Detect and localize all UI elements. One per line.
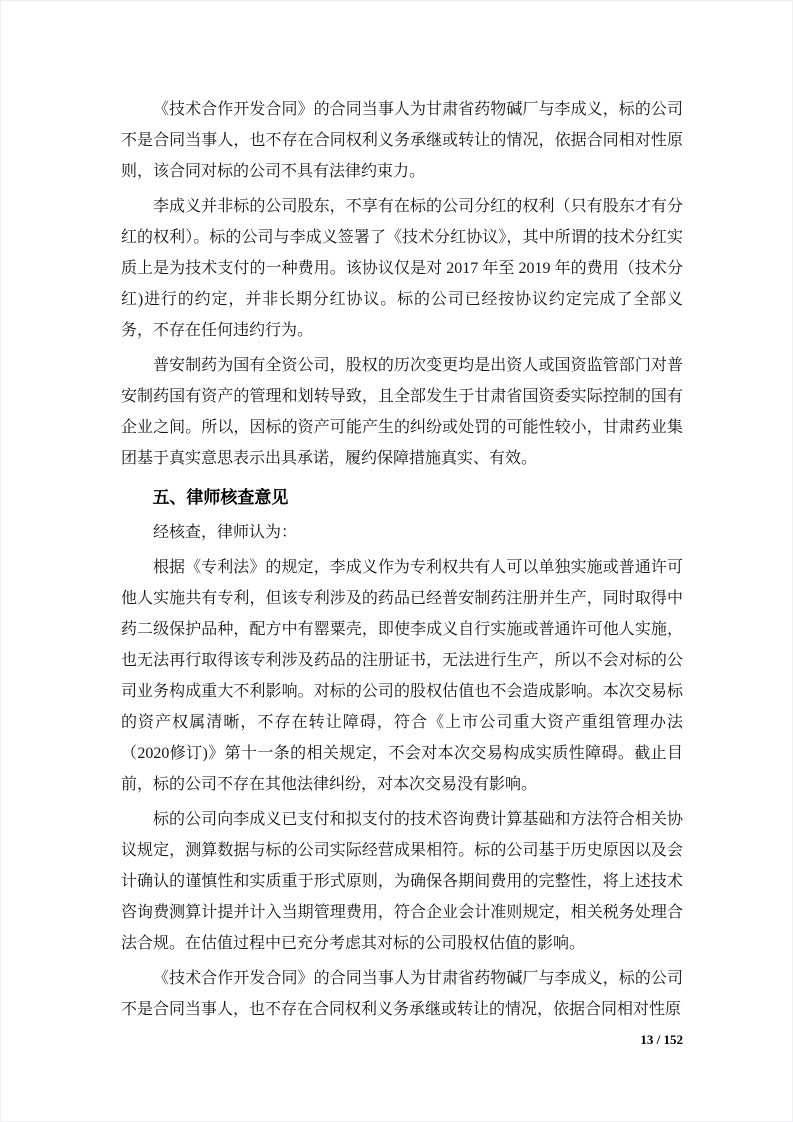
paragraph-dividend-agreement: 李成义并非标的公司股东，不享有在标的公司分红的权利（只有股东才有分红的权利）。标… [121, 191, 683, 346]
section-heading-lawyer-verification-opinion: 五、律师核查意见 [121, 482, 683, 513]
paragraph-contract-parties: 《技术合作开发合同》的合同当事人为甘肃省药物碱厂与李成义，标的公司不是合同当事人… [121, 94, 683, 187]
document-page: 《技术合作开发合同》的合同当事人为甘肃省药物碱厂与李成义，标的公司不是合同当事人… [0, 0, 793, 1122]
paragraph-puan-pharma-state-owned: 普安制药为国有全资公司，股权的历次变更均是出资人或国资监管部门对普安制药国有资产… [121, 350, 683, 474]
paragraph-contract-parties-repeat-truncated: 《技术合作开发合同》的合同当事人为甘肃省药物碱厂与李成义，标的公司不是合同当事人… [121, 963, 683, 1025]
page-number: 13 / 152 [121, 1031, 683, 1049]
paragraph-patent-law-opinion: 根据《专利法》的规定，李成义作为专利权共有人可以单独实施或普通许可他人实施共有专… [121, 552, 683, 800]
document-content: 《技术合作开发合同》的合同当事人为甘肃省药物碱厂与李成义，标的公司不是合同当事人… [121, 94, 683, 1049]
paragraph-technical-consulting-fee: 标的公司向李成义已支付和拟支付的技术咨询费计算基础和方法符合相关协议规定，测算数… [121, 804, 683, 959]
intro-line-lawyer-opinion: 经核查，律师认为： [121, 517, 683, 548]
